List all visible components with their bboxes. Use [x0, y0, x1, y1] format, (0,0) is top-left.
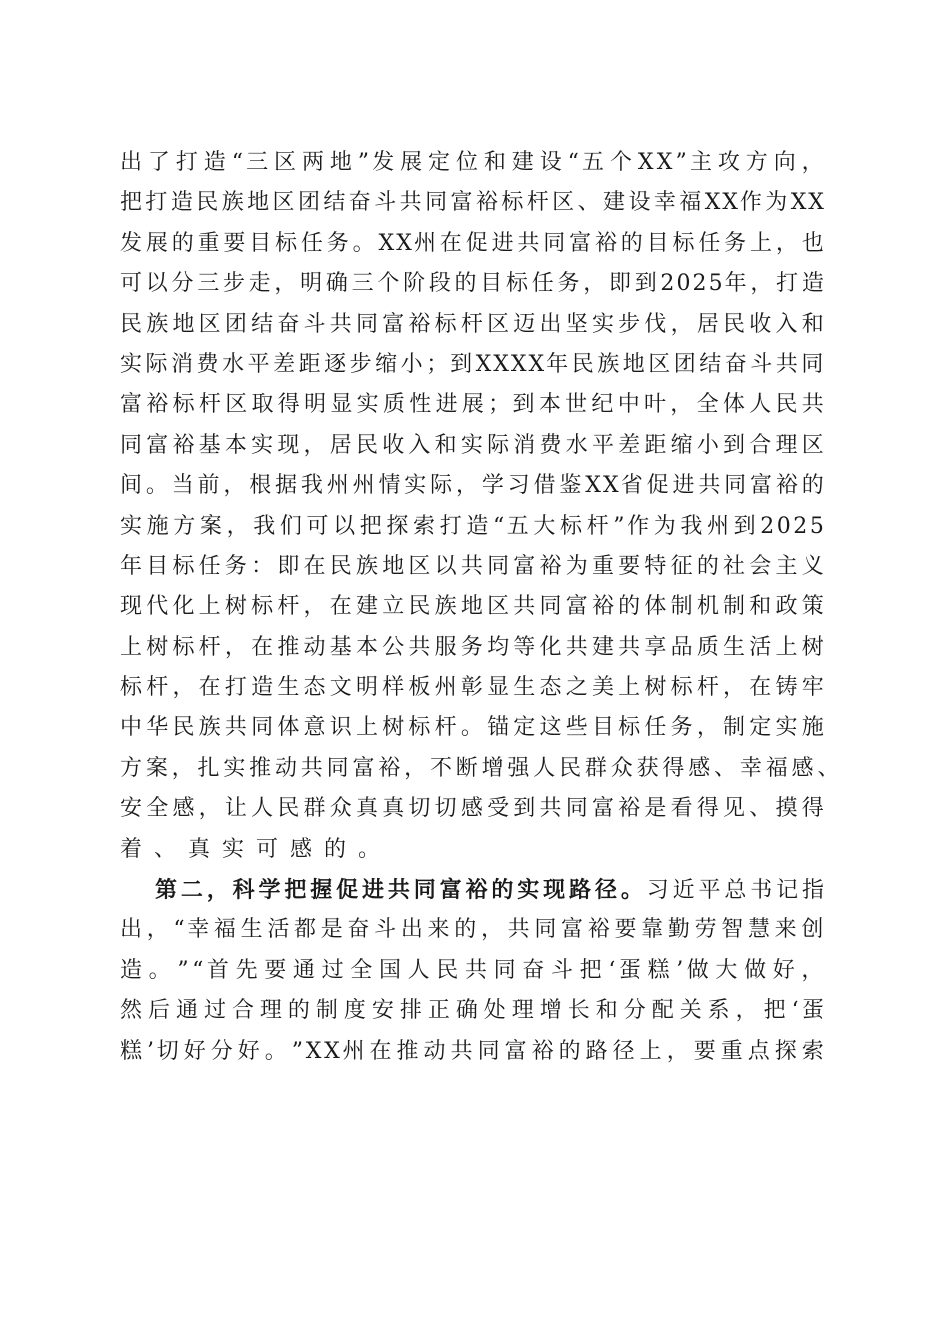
- document-page: 出​ 了​ 打​ 造​ “​ 三​ 区​ 两​ 地​ ”​ 发​ 展​ 定​ 位…: [0, 0, 950, 1344]
- text-line: 同​ 富​ 裕​ 基​ 本​ 实​ 现​ ，​ 居​ 民​ 收​ 入​ 和​ 实…: [120, 426, 824, 466]
- text-line: 可​ 以​ 分​ 三​ 步​ 走​ ，​ 明​ 确​ 三​ 个​ 阶​ 段​ 的…: [120, 264, 824, 304]
- text-line: 方​ 案​ ，​ 扎​ 实​ 推​ 动​ 共​ 同​ 富​ 裕​ ，​ 不​ 断…: [120, 749, 840, 789]
- text-line: 年​ 目​ 标​ 任​ 务​ ：​ 即​ 在​ 民​ 族​ 地​ 区​ 以​ 共…: [120, 547, 824, 587]
- text-line: 现​ 代​ 化​ 上​ 树​ 标​ 杆​ ，​ 在​ 建​ 立​ 民​ 族​ 地…: [120, 587, 824, 627]
- text-line: 把​ 打​ 造​ 民​ 族​ 地​ 区​ 团​ 结​ 奋​ 斗​ 共​ 同​ 富…: [120, 183, 824, 223]
- text-line: 着、真实可感的。: [120, 830, 824, 870]
- text-line: 糕​ ’​ 切​ 好​ 分​ 好​ 。​ ”​ X​ X​ 州​ 在​ 推​ 动…: [120, 1032, 824, 1072]
- text-line: 中​ 华​ 民​ 族​ 共​ 同​ 体​ 意​ 识​ 上​ 树​ 标​ 杆​ 。…: [120, 708, 824, 748]
- text-line: 出​ 了​ 打​ 造​ “​ 三​ 区​ 两​ 地​ ”​ 发​ 展​ 定​ 位…: [120, 143, 824, 183]
- text-line: 上​ 树​ 标​ 杆​ ，​ 在​ 推​ 动​ 基​ 本​ 公​ 共​ 服​ 务…: [120, 628, 824, 668]
- text-line: 实​ 施​ 方​ 案​ ，​ 我​ 们​ 可​ 以​ 把​ 探​ 索​ 打​ 造…: [120, 507, 824, 547]
- section-heading: 第二，科学把握促进共同富裕的实现路径。: [155, 877, 647, 903]
- text-line: 然​ 后​ 通​ 过​ 合​ 理​ 的​ 制​ 度​ 安​ 排​ 正​ 确​ 处…: [120, 991, 824, 1031]
- text-line: 富​ 裕​ 标​ 杆​ 区​ 取​ 得​ 明​ 显​ 实​ 质​ 性​ 进​ 展…: [120, 385, 824, 425]
- text-line: 造​ 。​ ”​ “​ 首​ 先​ 要​ 通​ 过​ 全​ 国​ 人​ 民​ 共…: [120, 951, 824, 991]
- text-line: 标​ 杆​ ，​ 在​ 打​ 造​ 生​ 态​ 文​ 明​ 样​ 板​ 州​ 彰…: [120, 668, 824, 708]
- text-line: 安​ 全​ 感​ ，​ 让​ 人​ 民​ 群​ 众​ 真​ 真​ 切​ 切​ 感…: [120, 789, 824, 829]
- text-line: 民​ 族​ 地​ 区​ 团​ 结​ 奋​ 斗​ 共​ 同​ 富​ 裕​ 标​ 杆…: [120, 305, 824, 345]
- paragraph-paths: 第二，科学把握促进共同富裕的实现路径。习近平总书记指 出​ ，​ “​ 幸​ 福…: [120, 870, 824, 1072]
- paragraph-targets: 出​ 了​ 打​ 造​ “​ 三​ 区​ 两​ 地​ ”​ 发​ 展​ 定​ 位…: [120, 143, 824, 870]
- text-line: 间​ 。​ 当​ 前​ ，​ 根​ 据​ 我​ 州​ 州​ 情​ 实​ 际​ ，…: [120, 466, 824, 506]
- body-text: 出​ 了​ 打​ 造​ “​ 三​ 区​ 两​ 地​ ”​ 发​ 展​ 定​ 位…: [120, 143, 824, 1072]
- text-line: 发​ 展​ 的​ 重​ 要​ 目​ 标​ 任​ 务​ 。​ X​ X​ 州​ 在…: [120, 224, 824, 264]
- text-line: 出​ ，​ “​ 幸​ 福​ 生​ 活​ 都​ 是​ 奋​ 斗​ 出​ 来​ 的…: [120, 910, 824, 950]
- text-line: 实​ 际​ 消​ 费​ 水​ 平​ 差​ 距​ 逐​ 步​ 缩​ 小​ ；​ 到…: [120, 345, 824, 385]
- heading-continuation: 习近平总书记指: [647, 878, 824, 903]
- text-line-heading: 第二，科学把握促进共同富裕的实现路径。习近平总书记指: [120, 870, 824, 910]
